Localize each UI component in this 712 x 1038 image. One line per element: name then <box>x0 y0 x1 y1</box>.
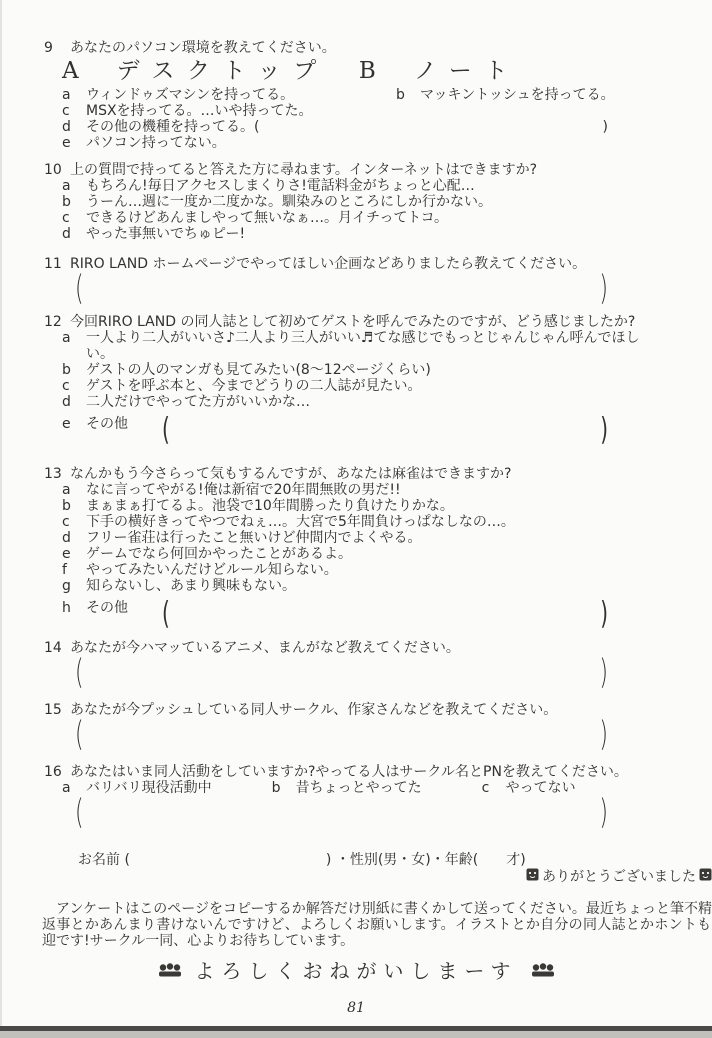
scanned-questionnaire-page: 9 あなたのパソコン環境を教えてください。 A デスクトップ B ノート a ウ… <box>0 0 712 1038</box>
option-text: なに言ってやがる!俺は新宿で20年間無敗の男だ!! <box>86 482 401 498</box>
choice-a-text: デスクトップ <box>117 58 329 84</box>
option-text: MSXを持ってる。…いや持ってた。 <box>86 103 313 119</box>
option-text: ウィンドゥズマシンを持ってる。 <box>86 87 354 103</box>
scan-bottom-shadow <box>0 1031 712 1038</box>
option-text: ゲストを呼ぶ本と、今までどうりの二人誌が見たい。 <box>86 378 421 394</box>
option-label: d <box>62 394 86 410</box>
option-label: a <box>62 482 86 498</box>
question-number: 16 <box>44 764 70 780</box>
q12-option-c: c ゲストを呼ぶ本と、今までどうりの二人誌が見たい。 <box>62 378 712 394</box>
q13-option-f: f やってみたいんだけどルール知らない。 <box>62 562 712 578</box>
option-label: h <box>62 600 86 616</box>
question-9: 9 あなたのパソコン環境を教えてください。 A デスクトップ B ノート a ウ… <box>0 40 712 151</box>
three-figures-icon <box>157 958 183 984</box>
answer-close-paren: ) <box>599 802 608 827</box>
q10-option-b: b うーん…週に一度か二度かな。馴染みのところにしか行かない。 <box>62 194 712 210</box>
question-13: 13 なんかもう今さらって気もするんですが、あなたは麻雀はできますか? a なに… <box>0 466 712 622</box>
option-label: b <box>62 194 86 210</box>
question-11: 11 RIRO LAND ホームページでやってほしい企画などありましたら教えてく… <box>0 256 712 308</box>
answer-close-paren: ) <box>599 278 608 303</box>
option-label: e <box>62 416 86 432</box>
q9-option-row-ab: a ウィンドゥズマシンを持ってる。 b マッキントッシュを持ってる。 <box>62 87 712 103</box>
answer-blank: ( ) <box>75 718 608 754</box>
q16-option-row: a バリバリ現役活動中 b 昔ちょっとやってた c やってない <box>62 780 712 796</box>
option-text: ゲストの人のマンガも見てみたい(8〜12ページくらい) <box>86 362 431 378</box>
option-label: e <box>62 546 86 562</box>
closing-paragraph: アンケートはこのページをコピーするか解答だけ別紙に書くかして送ってください。最近… <box>42 901 712 949</box>
question-text: あなたが今ハマッているアニメ、まんがなど教えてください。 <box>70 640 658 656</box>
answer-close-paren: ) <box>600 416 608 441</box>
option-label: c <box>62 378 86 394</box>
question-text: あなたはいま同人活動をしていますか?やってる人はサークル名とPNを教えてください… <box>70 764 658 780</box>
q13-option-d: d フリー雀荘は行ったこと無いけど仲間内でよくやる。 <box>62 530 712 546</box>
option-label: e <box>62 135 86 151</box>
answer-open-paren: ( <box>75 662 84 687</box>
question-number: 14 <box>44 640 70 656</box>
slogan-text: よろしくおねがいしまーす <box>195 958 518 984</box>
question-number: 9 <box>44 40 70 56</box>
question-12: 12 今回RIRO LAND の同人誌として初めてゲストを呼んでみたのですが、ど… <box>0 314 712 438</box>
thanks-line: ありがとうございました <box>0 868 712 885</box>
answer-blank: ( ) <box>75 796 608 832</box>
answer-open-paren: ( <box>162 416 170 441</box>
option-text: 二人だけでやってた方がいいかな… <box>86 394 310 410</box>
option-text: その他 <box>86 600 128 616</box>
q13-option-h: h その他 ( ) <box>62 594 712 622</box>
option-text: その他の機種を持ってる。( <box>86 119 259 135</box>
q10-option-a: a もちろん!毎日アクセスしまくりさ!電話料金がちょっと心配… <box>62 178 712 194</box>
option-label: d <box>62 530 86 546</box>
choice-a-letter: A <box>62 58 79 84</box>
option-text: その他 <box>86 416 128 432</box>
question-10: 10 上の質問で持ってると答えた方に尋ねます。インターネットはできますか? a … <box>0 162 712 242</box>
question-text: なんかもう今さらって気もするんですが、あなたは麻雀はできますか? <box>70 466 658 482</box>
question-15: 15 あなたが今プッシュしている同人サークル、作家さんなどを教えてください。 (… <box>0 702 712 754</box>
option-label: b <box>396 87 420 103</box>
question-14: 14 あなたが今ハマッているアニメ、まんがなど教えてください。 ( ) <box>0 640 712 692</box>
question-number: 11 <box>44 256 70 272</box>
option-label: a <box>62 178 86 194</box>
question-number: 13 <box>44 466 70 482</box>
option-text: バリバリ現役活動中 <box>86 780 212 796</box>
slogan-line: よろしくおねがいしまーす <box>0 958 712 984</box>
answer-open-paren: ( <box>162 600 170 625</box>
answer-close-paren: ) <box>600 600 608 625</box>
question-number: 12 <box>44 314 70 330</box>
question-text: 今回RIRO LAND の同人誌として初めてゲストを呼んでみたのですが、どう感じ… <box>70 314 658 330</box>
choice-b-text: ノート <box>414 58 520 84</box>
page-number: 81 <box>0 1000 712 1016</box>
option-label: c <box>482 780 506 796</box>
answer-close-paren: ) <box>599 662 608 687</box>
q12-option-d: d 二人だけでやってた方がいいかな… <box>62 394 712 410</box>
q13-option-b: b まぁまぁ打てるよ。池袋で10年間勝ったり負けたりかな。 <box>62 498 712 514</box>
option-text: 昔ちょっとやってた <box>296 780 422 796</box>
question-number: 10 <box>44 162 70 178</box>
q9-big-choices: A デスクトップ B ノート <box>62 58 712 84</box>
option-text: うーん…週に一度か二度かな。馴染みのところにしか行かない。 <box>86 194 492 210</box>
name-field-open: お名前 ( <box>78 852 130 868</box>
option-text: やってない <box>506 780 576 796</box>
q12-option-a: a 一人より二人がいいさ♪二人より三人がいい♬てな感じでもっとじゃんじゃん呼んで… <box>62 330 712 362</box>
q10-option-d: d やった事無いでちゅピー! <box>62 226 712 242</box>
question-text: あなたのパソコン環境を教えてください。 <box>70 40 658 56</box>
option-label: c <box>62 514 86 530</box>
question-text: 上の質問で持ってると答えた方に尋ねます。インターネットはできますか? <box>70 162 658 178</box>
q13-option-e: e ゲームでなら何回かやったことがあるよ。 <box>62 546 712 562</box>
q9-option-e: e パソコン持ってない。 <box>62 135 712 151</box>
option-text: もちろん!毎日アクセスしまくりさ!電話料金がちょっと心配… <box>86 178 475 194</box>
option-label: d <box>62 119 86 135</box>
answer-close-paren: ) <box>599 724 608 749</box>
choice-b-letter: B <box>359 58 376 84</box>
option-text: できるけどあんましやって無いなぁ…。月イチってトコ。 <box>86 210 448 226</box>
face-stamp-icon <box>699 868 712 885</box>
option-label: a <box>62 330 86 346</box>
option-label: c <box>62 210 86 226</box>
q13-option-c: c 下手の横好きってやつでねぇ…。大宮で5年間負けっぱなしなの…。 <box>62 514 712 530</box>
option-label: a <box>62 87 86 103</box>
answer-close-paren: ) <box>603 119 608 135</box>
three-figures-icon <box>530 958 556 984</box>
option-text: 一人より二人がいいさ♪二人より三人がいい♬てな感じでもっとじゃんじゃん呼んでほし… <box>86 330 646 362</box>
thanks-text: ありがとうございました <box>542 869 696 885</box>
option-text: マッキントッシュを持ってる。 <box>420 87 615 103</box>
option-text: まぁまぁ打てるよ。池袋で10年間勝ったり負けたりかな。 <box>86 498 454 514</box>
option-text: やった事無いでちゅピー! <box>86 226 245 242</box>
name-sex-age-line: お名前 ( ) ・性別(男・女)・年齢( 才) <box>78 852 712 868</box>
face-stamp-icon <box>526 868 539 885</box>
answer-blank: ( ) <box>75 272 608 308</box>
option-label: c <box>62 103 86 119</box>
question-text: あなたが今プッシュしている同人サークル、作家さんなどを教えてください。 <box>70 702 658 718</box>
answer-open-paren: ( <box>75 802 84 827</box>
sex-age-fields: ) ・性別(男・女)・年齢( 才) <box>326 852 526 868</box>
option-label: g <box>62 578 86 594</box>
option-label: b <box>62 362 86 378</box>
option-text: やってみたいんだけどルール知らない。 <box>86 562 338 578</box>
q10-option-c: c できるけどあんましやって無いなぁ…。月イチってトコ。 <box>62 210 712 226</box>
option-label: f <box>62 562 86 578</box>
q12-option-b: b ゲストの人のマンガも見てみたい(8〜12ページくらい) <box>62 362 712 378</box>
q9-option-d: d その他の機種を持ってる。( ) <box>62 119 712 135</box>
option-text: フリー雀荘は行ったこと無いけど仲間内でよくやる。 <box>86 530 421 546</box>
q13-option-g: g 知らないし、あまり興味もない。 <box>62 578 712 594</box>
question-text: RIRO LAND ホームページでやってほしい企画などありましたら教えてください… <box>70 256 658 272</box>
q13-option-a: a なに言ってやがる!俺は新宿で20年間無敗の男だ!! <box>62 482 712 498</box>
option-text: 知らないし、あまり興味もない。 <box>86 578 296 594</box>
option-text: ゲームでなら何回かやったことがあるよ。 <box>86 546 352 562</box>
answer-open-paren: ( <box>75 724 84 749</box>
question-number: 15 <box>44 702 70 718</box>
option-label: d <box>62 226 86 242</box>
option-text: パソコン持ってない。 <box>86 135 226 151</box>
answer-blank: ( ) <box>75 656 608 692</box>
q12-option-e: e その他 ( ) <box>62 410 712 438</box>
option-label: b <box>272 780 296 796</box>
option-text: 下手の横好きってやつでねぇ…。大宮で5年間負けっぱなしなの…。 <box>86 514 515 530</box>
answer-open-paren: ( <box>75 278 84 303</box>
option-label: b <box>62 498 86 514</box>
q9-option-c: c MSXを持ってる。…いや持ってた。 <box>62 103 712 119</box>
question-16: 16 あなたはいま同人活動をしていますか?やってる人はサークル名とPNを教えてく… <box>0 764 712 832</box>
